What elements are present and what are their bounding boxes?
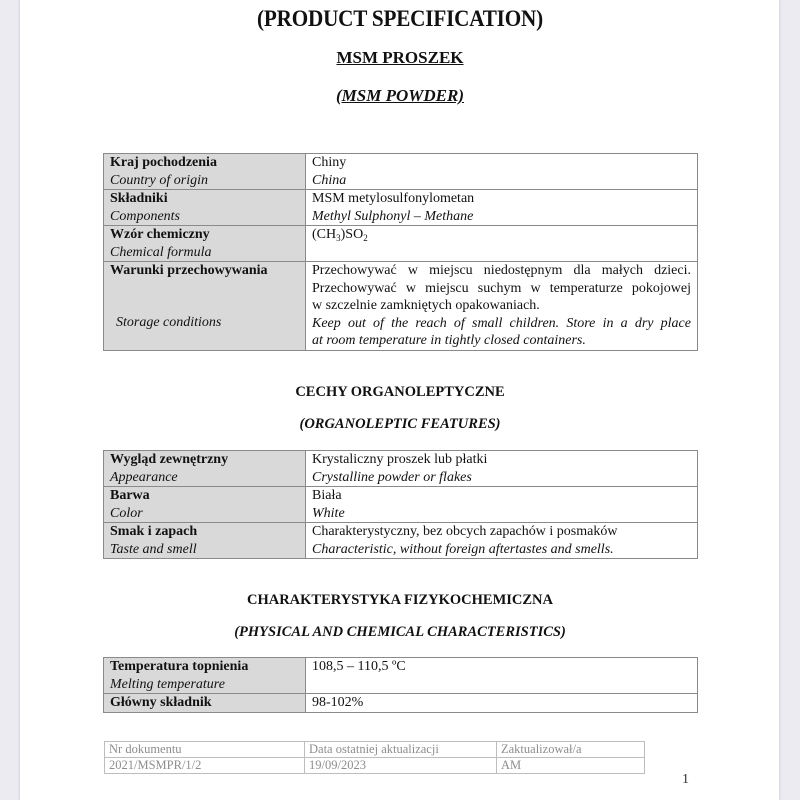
value-pl-line: Przechowywać w miejscu suchym w temperat… <box>312 280 691 298</box>
label-en: Melting temperature <box>110 676 299 694</box>
value-cell: 98-102% <box>306 694 698 713</box>
label-en: Chemical formula <box>110 244 299 262</box>
physchem-table: Temperatura topnienia Melting temperatur… <box>103 657 698 713</box>
label-pl: Wygląd zewnętrzny <box>110 451 299 469</box>
value-pl: Charakterystyczny, bez obcych zapachów i… <box>312 523 691 541</box>
label-cell: Barwa Color <box>104 487 306 523</box>
value-en-line: Keep out of the reach of small children.… <box>312 315 691 333</box>
value-pl-line: w szczelnie zamkniętych opakowaniach. <box>312 297 691 315</box>
footer-header-row: Nr dokumentu Data ostatniej aktualizacji… <box>105 742 645 758</box>
value-en: Crystalline powder or flakes <box>312 469 691 487</box>
label-en: Color <box>110 505 299 523</box>
updated-by-header: Zaktualizował/a <box>497 742 645 758</box>
label-cell: Smak i zapach Taste and smell <box>104 523 306 559</box>
page-number: 1 <box>682 772 689 788</box>
value-cell: (CH3)SO2 <box>306 226 698 262</box>
label-en: Storage conditions <box>116 314 221 332</box>
value-pl: Biała <box>312 487 691 505</box>
label-cell: Składniki Components <box>104 190 306 226</box>
section-title-physchem-en: (PHYSICAL AND CHEMICAL CHARACTERISTICS) <box>0 624 800 641</box>
label-en: Appearance <box>110 469 299 487</box>
label-en: Components <box>110 208 299 226</box>
value-cell: Przechowywać w miejscu niedostępnym dla … <box>306 262 698 351</box>
section-title-organoleptic-pl: CECHY ORGANOLEPTYCZNE <box>0 384 800 401</box>
last-update-value: 19/09/2023 <box>305 758 497 774</box>
label-cell: Główny składnik <box>104 694 306 713</box>
value-cell: MSM metylosulfonylometan Methyl Sulphony… <box>306 190 698 226</box>
value-en-line: at room temperature in tightly closed co… <box>312 332 691 350</box>
value-cell: Chiny China <box>306 154 698 190</box>
section-title-organoleptic-en: (ORGANOLEPTIC FEATURES) <box>0 416 800 433</box>
label-cell: Temperatura topnienia Melting temperatur… <box>104 658 306 694</box>
label-en: Country of origin <box>110 172 299 190</box>
label-cell: Warunki przechowywania Storage condition… <box>104 262 306 351</box>
doc-number-header: Nr dokumentu <box>105 742 305 758</box>
product-name-pl: MSM PROSZEK <box>0 48 800 68</box>
label-cell: Kraj pochodzenia Country of origin <box>104 154 306 190</box>
label-pl: Wzór chemiczny <box>110 226 299 244</box>
table-row: Kraj pochodzenia Country of origin Chiny… <box>104 154 698 190</box>
label-pl: Temperatura topnienia <box>110 658 299 676</box>
table-row: Składniki Components MSM metylosulfonylo… <box>104 190 698 226</box>
value-en: Characteristic, without foreign aftertas… <box>312 541 691 559</box>
product-name-en: (MSM POWDER) <box>0 86 800 106</box>
value-cell: Krystaliczny proszek lub płatki Crystall… <box>306 451 698 487</box>
label-cell: Wzór chemiczny Chemical formula <box>104 226 306 262</box>
footer-value-row: 2021/MSMPR/1/2 19/09/2023 AM <box>105 758 645 774</box>
value: 108,5 – 110,5 ºC <box>312 658 691 676</box>
value: 98-102% <box>312 694 691 712</box>
table-row: Smak i zapach Taste and smell Charaktery… <box>104 523 698 559</box>
label-pl: Warunki przechowywania <box>110 262 299 280</box>
value-pl: MSM metylosulfonylometan <box>312 190 691 208</box>
table-row: Barwa Color Biała White <box>104 487 698 523</box>
label-pl: Główny składnik <box>110 694 299 712</box>
general-info-table: Kraj pochodzenia Country of origin Chiny… <box>103 153 698 351</box>
label-pl: Składniki <box>110 190 299 208</box>
value-cell: 108,5 – 110,5 ºC <box>306 658 698 694</box>
document-title: (PRODUCT SPECIFICATION) <box>32 6 768 32</box>
table-row: Wygląd zewnętrzny Appearance Krystaliczn… <box>104 451 698 487</box>
doc-number-value: 2021/MSMPR/1/2 <box>105 758 305 774</box>
table-row: Warunki przechowywania Storage condition… <box>104 262 698 351</box>
table-row: Temperatura topnienia Melting temperatur… <box>104 658 698 694</box>
label-pl: Kraj pochodzenia <box>110 154 299 172</box>
section-title-physchem-pl: CHARAKTERYSTYKA FIZYKOCHEMICZNA <box>0 592 800 609</box>
value-pl: Chiny <box>312 154 691 172</box>
value-en: White <box>312 505 691 523</box>
last-update-header: Data ostatniej aktualizacji <box>305 742 497 758</box>
table-row: Wzór chemiczny Chemical formula (CH3)SO2 <box>104 226 698 262</box>
organoleptic-table: Wygląd zewnętrzny Appearance Krystaliczn… <box>103 450 698 559</box>
updated-by-value: AM <box>497 758 645 774</box>
label-pl: Barwa <box>110 487 299 505</box>
chemical-formula: (CH3)SO2 <box>312 226 691 244</box>
value-cell: Charakterystyczny, bez obcych zapachów i… <box>306 523 698 559</box>
value-en: Methyl Sulphonyl – Methane <box>312 208 691 226</box>
value-pl-line: Przechowywać w miejscu niedostępnym dla … <box>312 262 691 280</box>
value-cell: Biała White <box>306 487 698 523</box>
table-row: Główny składnik 98-102% <box>104 694 698 713</box>
value-en: China <box>312 172 691 190</box>
document-info-table: Nr dokumentu Data ostatniej aktualizacji… <box>104 741 645 774</box>
label-cell: Wygląd zewnętrzny Appearance <box>104 451 306 487</box>
value-pl: Krystaliczny proszek lub płatki <box>312 451 691 469</box>
label-pl: Smak i zapach <box>110 523 299 541</box>
label-en: Taste and smell <box>110 541 299 559</box>
